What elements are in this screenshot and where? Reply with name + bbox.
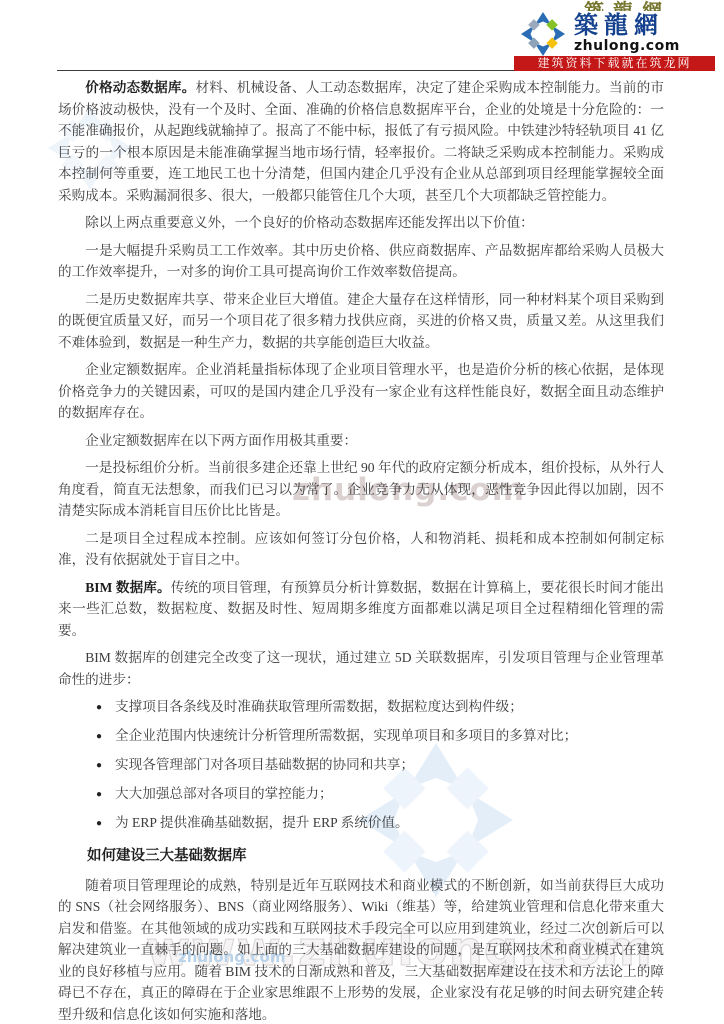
paragraph-text: 二是历史数据库共享、带来企业巨大增值。建企大量存在这样情形，同一种材料某个项目采… <box>58 292 664 350</box>
bullet-dot-icon: ● <box>96 702 102 713</box>
logo-banner: 建筑资料下载就在筑龙网 <box>514 56 715 71</box>
bullet-item: ●为 ERP 提供准确基础数据，提升 ERP 系统价值。 <box>58 812 664 834</box>
paragraph-price-database: 价格动态数据库。材料、机械设备、人工动态数据库，决定了建企采购成本控制能力。当前… <box>58 77 664 206</box>
paragraph-bim-creation: BIM 数据库的创建完全改变了这一现状，通过建立 5D 关联数据库，引发项目管理… <box>58 647 664 690</box>
document-page: zhulong.com www.zhulong.com zhulong.com … <box>0 0 724 1024</box>
paragraph-text: 二是项目全过程成本控制。应该如何签订分包价格，人和物消耗、损耗和成本控制如何制定… <box>58 531 664 568</box>
paragraph-value-intro: 除以上两点重要意义外，一个良好的价格动态数据库还能发挥出以下价值： <box>58 212 664 234</box>
logo-site-url[interactable]: zhulong.com <box>574 39 680 54</box>
paragraph-value-two: 二是历史数据库共享、带来企业巨大增值。建企大量存在这样情形，同一种材料某个项目采… <box>58 289 664 354</box>
paragraph-quota-database: 企业定额数据库。企业消耗量指标体现了企业项目管理水平，也是造价分析的核心依据，是… <box>58 359 664 424</box>
paragraph-value-one: 一是大幅提升采购员工工作效率。其中历史价格、供应商数据库、产品数据库都给采购人员… <box>58 240 664 283</box>
paragraph-quota-intro: 企业定额数据库在以下两方面作用极其重要： <box>58 430 664 452</box>
paragraph-lead: BIM 数据库。 <box>85 580 171 595</box>
paragraph-bid-analysis: 一是投标组价分析。当前很多建企还靠上世纪 90 年代的政府定额分析成本，组价投标… <box>58 457 664 522</box>
bullet-text: 大大加强总部对各项目的掌控能力； <box>115 786 333 801</box>
clipped-logo-text: 築龍網 <box>514 0 715 11</box>
bullet-text: 支撑项目各条线及时准确获取管理所需数据，数据粒度达到构件级； <box>115 699 523 714</box>
section-heading: 如何建设三大基础数据库 <box>58 846 664 868</box>
paragraph-text: 一是大幅提升采购员工工作效率。其中历史价格、供应商数据库、产品数据库都给采购人员… <box>58 243 664 280</box>
zhulong-logo[interactable]: 築龍網 築龍網 <box>514 0 715 71</box>
compass-logo-icon <box>514 11 566 57</box>
bullet-item: ●支撑项目各条线及时准确获取管理所需数据，数据粒度达到构件级； <box>58 696 664 718</box>
paragraph-text: 企业定额数据库在以下两方面作用极其重要： <box>85 433 357 448</box>
page-header: 築龍網 築龍網 <box>0 0 724 71</box>
paragraph-text: 一是投标组价分析。当前很多建企还靠上世纪 90 年代的政府定额分析成本，组价投标… <box>58 460 664 518</box>
bullet-dot-icon: ● <box>96 731 102 742</box>
paragraph-closing: 随着项目管理理论的成熟，特别是近年互联网技术和商业模式的不断创新，如当前获得巨大… <box>58 875 664 1024</box>
paragraph-cost-control: 二是项目全过程成本控制。应该如何签订分包价格，人和物消耗、损耗和成本控制如何制定… <box>58 528 664 571</box>
paragraph-text: 随着项目管理理论的成熟，特别是近年互联网技术和商业模式的不断创新，如当前获得巨大… <box>58 878 664 1022</box>
bullet-text: 全企业范围内快速统计分析管理所需数据，实现单项目和多项目的多算对比； <box>115 728 577 743</box>
document-content: 价格动态数据库。材料、机械设备、人工动态数据库，决定了建企采购成本控制能力。当前… <box>0 71 724 1024</box>
bullet-text: 为 ERP 提供准确基础数据，提升 ERP 系统价值。 <box>115 815 409 830</box>
bullet-text: 实现各管理部门对各项目基础数据的协同和共享； <box>115 757 414 772</box>
bullet-list: ●支撑项目各条线及时准确获取管理所需数据，数据粒度达到构件级； ●全企业范围内快… <box>58 696 664 834</box>
paragraph-text: 除以上两点重要意义外，一个良好的价格动态数据库还能发挥出以下价值： <box>85 215 534 230</box>
logo-site-name: 築龍網 <box>574 14 680 39</box>
paragraph-lead: 价格动态数据库。 <box>85 80 195 95</box>
bullet-item: ●全企业范围内快速统计分析管理所需数据，实现单项目和多项目的多算对比； <box>58 725 664 747</box>
paragraph-bim-database: BIM 数据库。传统的项目管理，有预算员分析计算数据，数据在计算稿上，要花很长时… <box>58 577 664 642</box>
paragraph-text: 企业定额数据库。企业消耗量指标体现了企业项目管理水平，也是造价分析的核心依据，是… <box>58 362 664 420</box>
paragraph-text: 材料、机械设备、人工动态数据库，决定了建企采购成本控制能力。当前的市场价格波动极… <box>58 80 664 203</box>
logo-names: 築龍網 zhulong.com <box>574 14 680 54</box>
bullet-item: ●实现各管理部门对各项目基础数据的协同和共享； <box>58 754 664 776</box>
bullet-dot-icon: ● <box>96 789 102 800</box>
bullet-dot-icon: ● <box>96 818 102 829</box>
bullet-dot-icon: ● <box>96 760 102 771</box>
paragraph-text: BIM 数据库的创建完全改变了这一现状，通过建立 5D 关联数据库，引发项目管理… <box>58 650 664 687</box>
bullet-item: ●大大加强总部对各项目的掌控能力； <box>58 783 664 805</box>
